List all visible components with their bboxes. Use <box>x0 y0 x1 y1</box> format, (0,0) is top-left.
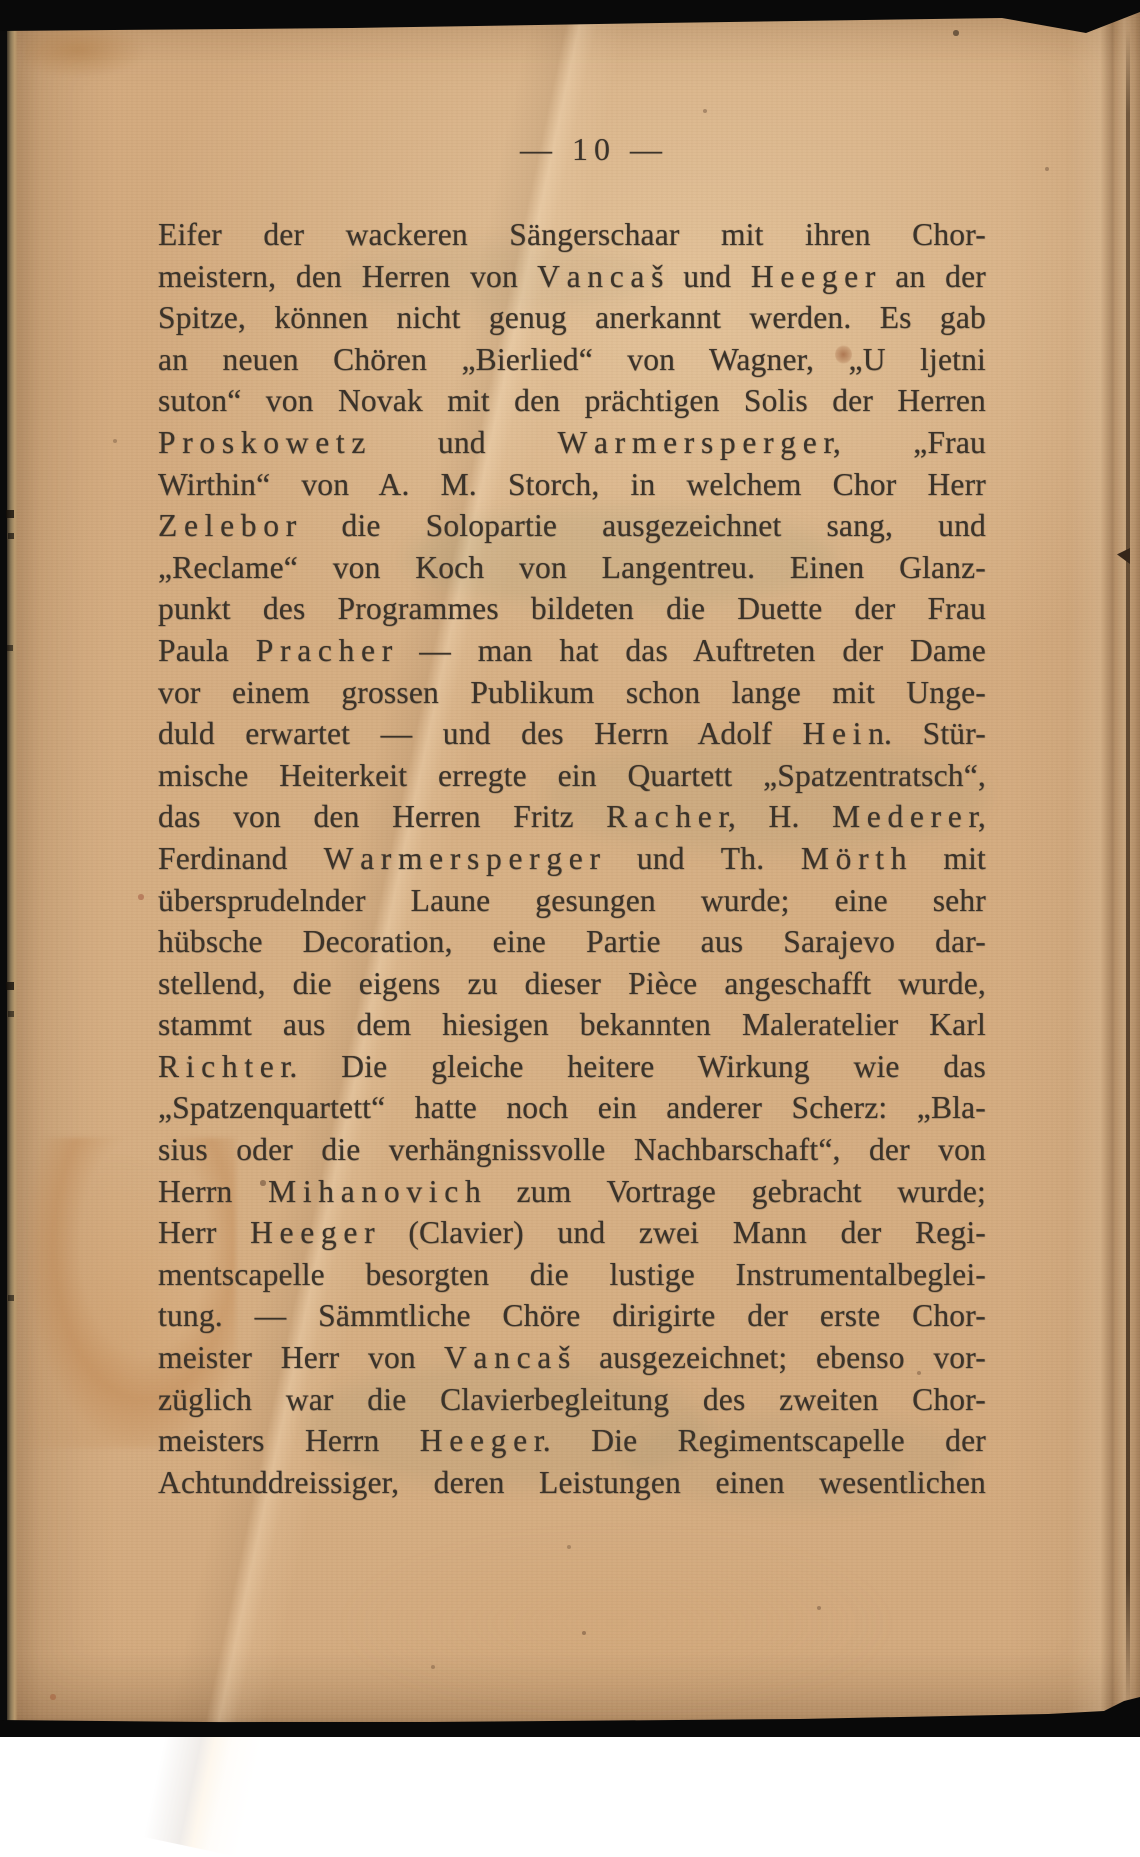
text-line: hübsche Decoration, eine Partie aus Sara… <box>158 921 986 963</box>
text-line: Spitze, können nicht genug anerkannt wer… <box>158 297 986 339</box>
text-line: punkt des Programmes bildeten die Duette… <box>158 588 986 630</box>
text-line: Z e l e b o r die Solopartie ausgezeichn… <box>158 505 986 547</box>
text-line: sius oder die verhängnissvolle Nachbarsc… <box>158 1129 986 1171</box>
text-line: duld erwartet — und des Herrn Adolf H e … <box>158 713 986 755</box>
page-edge-right <box>1126 30 1130 1706</box>
text-line: tung. — Sämmtliche Chöre dirigirte der e… <box>158 1295 986 1337</box>
text-line: Paula P r a c h e r — man hat das Auftre… <box>158 630 986 672</box>
body-text: Eifer der wackeren Sängerschaar mit ihre… <box>158 214 986 1503</box>
text-line: züglich war die Clavierbegleitung des zw… <box>158 1379 986 1421</box>
edge-marks-left <box>7 0 11 4</box>
page-number-header: — 10 — <box>180 129 1008 169</box>
text-line: R i c h t e r. Die gleiche heitere Wirku… <box>158 1046 986 1088</box>
text-line: meister Herr von V a n c a š ausgezeichn… <box>158 1337 986 1379</box>
text-line: übersprudelnder Laune gesungen wurde; ei… <box>158 880 986 922</box>
text-line: Eifer der wackeren Sängerschaar mit ihre… <box>158 214 986 256</box>
text-line: suton“ von Novak mit den prächtigen Soli… <box>158 380 986 422</box>
text-line: meisters Herrn H e e g e r. Die Regiment… <box>158 1420 986 1462</box>
text-line: P r o s k o w e t z und W a r m e r s p … <box>158 422 986 464</box>
text-line: stammt aus dem hiesigen bekannten Malera… <box>158 1004 986 1046</box>
stain-top-left <box>24 22 144 78</box>
text-line: Wirthin“ von A. M. Storch, in welchem Ch… <box>158 464 986 506</box>
text-line: mische Heiterkeit erregte ein Quartett „… <box>158 755 986 797</box>
book-page: — 10 — Eifer der wackeren Sängerschaar m… <box>6 8 1140 1722</box>
scan-edge-left <box>0 0 7 1737</box>
text-line: Herr H e e g e r (Clavier) und zwei Mann… <box>158 1212 986 1254</box>
text-line: das von den Herren Fritz R a c h e r, H.… <box>158 796 986 838</box>
text-line: Ferdinand W a r m e r s p e r g e r und … <box>158 838 986 880</box>
text-line: „Reclame“ von Koch von Langentreu. Einen… <box>158 547 986 589</box>
scan-background: — 10 — Eifer der wackeren Sängerschaar m… <box>0 0 1140 1737</box>
page-stack-edge-left <box>7 28 18 1722</box>
text-line: an neuen Chören „Bierlied“ von Wagner, „… <box>158 339 986 381</box>
text-line: Herrn M i h a n o v i c h zum Vortrage g… <box>158 1171 986 1213</box>
text-line: vor einem grossen Publikum schon lange m… <box>158 672 986 714</box>
text-line: stellend, die eigens zu dieser Pièce ang… <box>158 963 986 1005</box>
page-content: — 10 — Eifer der wackeren Sängerschaar m… <box>158 8 986 1722</box>
text-line: „Spatzenquartett“ hatte noch ein anderer… <box>158 1087 986 1129</box>
text-line: mentscapelle besorgten die lustige Instr… <box>158 1254 986 1296</box>
text-line: meistern, den Herren von V a n c a š und… <box>158 256 986 298</box>
text-line: Achtunddreissiger, deren Leistungen eine… <box>158 1462 986 1504</box>
